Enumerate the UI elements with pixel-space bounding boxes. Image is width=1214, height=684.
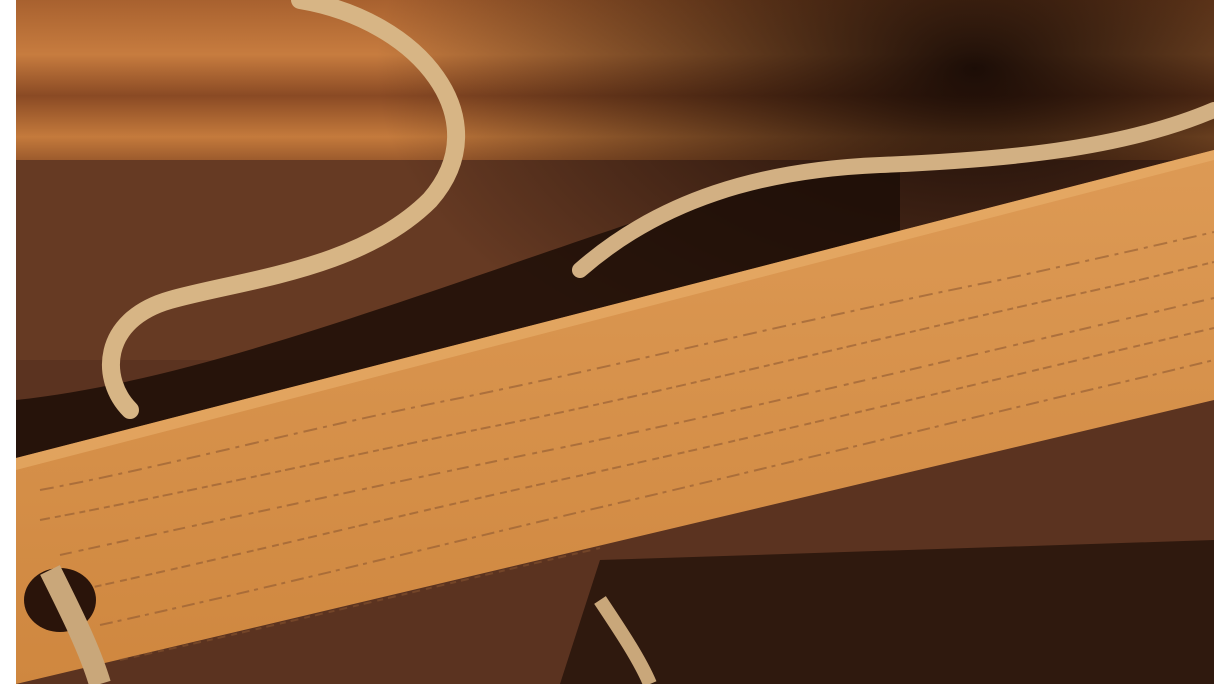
left-border xyxy=(0,0,16,684)
palm-leaf-manuscript-photo xyxy=(16,0,1214,684)
